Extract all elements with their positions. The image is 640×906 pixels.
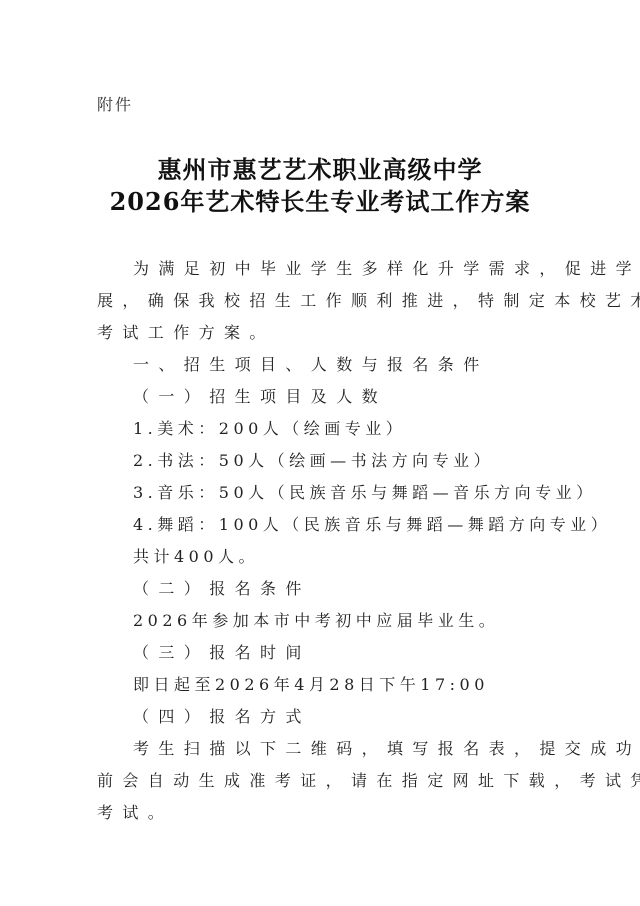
registration-deadline: 即日起至2026年4月28日下午17:00 [97, 669, 567, 701]
registration-method-line-3: 考试。 [97, 797, 567, 829]
intro-line-2: 展，确保我校招生工作顺利推进，特制定本校艺术特长生专业 [97, 285, 567, 317]
subsection-4-heading: （四）报名方式 [97, 701, 567, 733]
subsection-1-heading: （一）招生项目及人数 [97, 381, 567, 413]
quota-item-dance: 4.舞蹈：100人（民族音乐与舞蹈—舞蹈方向专业） [97, 509, 567, 541]
subsection-2-heading: （二）报名条件 [97, 573, 567, 605]
subsection-3-heading: （三）报名时间 [97, 637, 567, 669]
attachment-label: 附件 [97, 92, 133, 115]
document-page: 附件 惠州市惠艺艺术职业高级中学 2026年艺术特长生专业考试工作方案 为满足初… [0, 0, 640, 906]
registration-method-line-2: 前会自动生成准考证，请在指定网址下载，考试凭准考证入场 [97, 765, 567, 797]
document-title-line-1: 惠州市惠艺艺术职业高级中学 [0, 150, 640, 185]
eligibility-text: 2026年参加本市中考初中应届毕业生。 [97, 605, 567, 637]
quota-item-music: 3.音乐：50人（民族音乐与舞蹈—音乐方向专业） [97, 477, 567, 509]
intro-line-3: 考试工作方案。 [97, 317, 567, 349]
intro-line-1: 为满足初中毕业学生多样化升学需求，促进学生全面发 [97, 253, 567, 285]
document-body: 为满足初中毕业学生多样化升学需求，促进学生全面发 展，确保我校招生工作顺利推进，… [97, 253, 567, 829]
quota-item-calligraphy: 2.书法：50人（绘画—书法方向专业） [97, 445, 567, 477]
quota-item-art: 1.美术：200人（绘画专业） [97, 413, 567, 445]
registration-method-line-1: 考生扫描以下二维码，填写报名表，提交成功后，在开考 [97, 733, 567, 765]
document-title-line-2: 2026年艺术特长生专业考试工作方案 [0, 182, 640, 217]
section-1-heading: 一、招生项目、人数与报名条件 [97, 349, 567, 381]
quota-total: 共计400人。 [97, 541, 567, 573]
